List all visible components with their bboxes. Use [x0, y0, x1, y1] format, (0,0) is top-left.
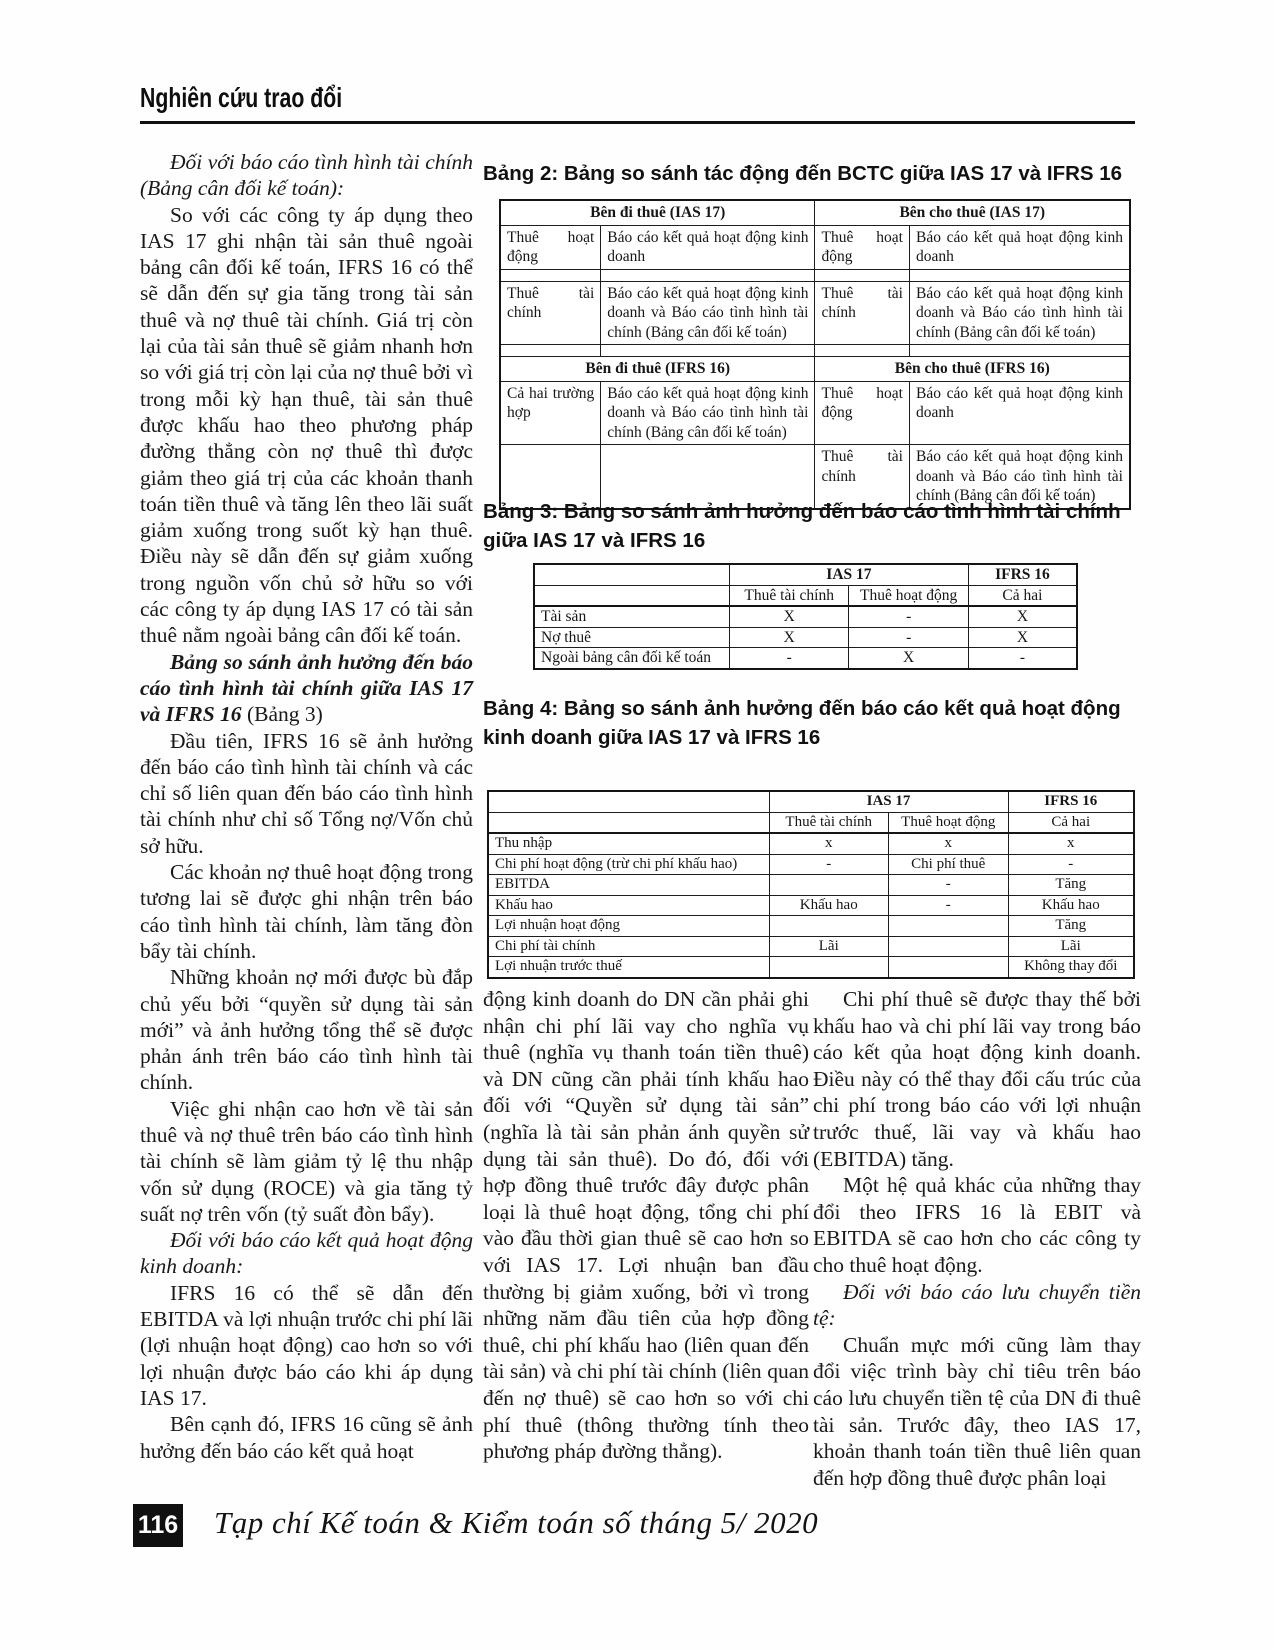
table-cell: Thuê hoạt động [815, 381, 910, 445]
table-cell: Thuê tài chính [729, 585, 848, 606]
table-cell [889, 936, 1009, 957]
table-cell: Cả hai [968, 585, 1077, 606]
table-cell: - [849, 627, 968, 648]
table-cell: EBITDA [488, 875, 769, 896]
paragraph: Chi phí thuê sẽ được thay thế bởi khấu h… [813, 986, 1141, 1172]
table-cell [488, 812, 769, 833]
table-cell: - [849, 606, 968, 627]
table-row: Khấu haoKhấu hao-Khấu hao [488, 895, 1134, 916]
table-cell: Báo cáo kết quả hoạt động kinh doanh và … [601, 281, 815, 345]
table-cell: IAS 17 [729, 564, 968, 585]
table4-title: Bảng 4: Bảng so sánh ảnh hưởng đến báo c… [483, 694, 1145, 752]
table-cell: Thuê tài chính [815, 281, 910, 345]
table-cell: Bên đi thuê (IAS 17) [500, 200, 815, 225]
table-cell: x [769, 833, 889, 854]
table-cell: Thuê hoạt động [889, 812, 1009, 833]
table-cell [769, 916, 889, 937]
table-cell: Tăng [1008, 916, 1134, 937]
table-cell: x [1008, 833, 1134, 854]
table-row: Bên đi thuê (IAS 17)Bên cho thuê (IAS 17… [500, 200, 1130, 225]
table2-title: Bảng 2: Bảng so sánh tác động đến BCTC g… [483, 160, 1145, 187]
table-cell: X [729, 606, 848, 627]
paragraph: Các khoản nợ thuê hoạt động trong tương … [140, 859, 473, 964]
table-cell: - [729, 648, 848, 669]
table-cell [909, 269, 1130, 281]
table-row: Lợi nhuận trước thuếKhông thay đổi [488, 957, 1134, 978]
table-cell: Cả hai [1008, 812, 1134, 833]
table-cell: IFRS 16 [1008, 791, 1134, 812]
table-4: IAS 17IFRS 16Thuê tài chínhThuê hoạt độn… [487, 790, 1135, 979]
table-cell [889, 916, 1009, 937]
table-row: Thuê tài chínhBáo cáo kết quả hoạt động … [500, 281, 1130, 345]
table-cell [769, 875, 889, 896]
table-cell: Thu nhập [488, 833, 769, 854]
table-cell: Bên cho thuê (IAS 17) [815, 200, 1130, 225]
table-cell [500, 269, 601, 281]
paragraph: IFRS 16 có thể sẽ dẫn đến EBITDA và lợi … [140, 1280, 473, 1411]
table-row [500, 345, 1130, 357]
table-cell: Chi phí hoạt động (trừ chi phí khấu hao) [488, 854, 769, 875]
table-cell: x [889, 833, 1009, 854]
table-cell: Khấu hao [488, 895, 769, 916]
table-cell [534, 564, 729, 585]
table-cell: Không thay đổi [1008, 957, 1134, 978]
table-cell: Tăng [1008, 875, 1134, 896]
paragraph: Đối với báo cáo lưu chuyển tiền tệ: [813, 1279, 1141, 1332]
table-3: IAS 17IFRS 16Thuê tài chínhThuê hoạt độn… [533, 563, 1078, 670]
table-cell: IAS 17 [769, 791, 1008, 812]
table-cell: Lợi nhuận hoạt động [488, 916, 769, 937]
table-cell: Báo cáo kết quả hoạt động kinh doanh và … [601, 381, 815, 445]
middle-text-column: động kinh doanh do DN cần phải ghi nhận … [483, 986, 809, 1465]
table-row: Thu nhậpxxx [488, 833, 1134, 854]
table-cell [601, 345, 815, 357]
table-cell: Chi phí tài chính [488, 936, 769, 957]
paragraph: Đối với báo cáo kết quả hoạt động kinh d… [140, 1227, 473, 1280]
table-cell: Thuê tài chính [500, 281, 601, 345]
table-cell: Khấu hao [769, 895, 889, 916]
table-cell: Tài sản [534, 606, 729, 627]
paragraph: Việc ghi nhận cao hơn về tài sản thuê và… [140, 1096, 473, 1227]
table-cell: Báo cáo kết quả hoạt động kinh doanh [909, 225, 1130, 269]
table-row: Chi phí tài chínhLãiLãi [488, 936, 1134, 957]
table-row [500, 269, 1130, 281]
table-row: Bên đi thuê (IFRS 16)Bên cho thuê (IFRS … [500, 357, 1130, 382]
left-text-column: Đối với báo cáo tình hình tài chính (Bản… [140, 149, 473, 1464]
table-cell: Thuê hoạt động [500, 225, 601, 269]
table-cell: Cả hai trường hợp [500, 381, 601, 445]
table-cell: - [1008, 854, 1134, 875]
table-cell: Báo cáo kết quả hoạt động kinh doanh [601, 225, 815, 269]
table-row: Chi phí hoạt động (trừ chi phí khấu hao)… [488, 854, 1134, 875]
table-cell: Báo cáo kết quả hoạt động kinh doanh [909, 381, 1130, 445]
table-row: Cả hai trường hợpBáo cáo kết quả hoạt độ… [500, 381, 1130, 445]
table-cell [889, 957, 1009, 978]
page-number-badge: 116 [133, 1504, 183, 1547]
table3-title: Bảng 3: Bảng so sánh ảnh hưởng đến báo c… [483, 497, 1145, 555]
table-cell [815, 269, 910, 281]
table-cell [534, 585, 729, 606]
paragraph: Một hệ quả khác của những thay đổi theo … [813, 1172, 1141, 1278]
table-row: Lợi nhuận hoạt độngTăng [488, 916, 1134, 937]
table-cell: X [968, 627, 1077, 648]
right-text-column: Chi phí thuê sẽ được thay thế bởi khấu h… [813, 986, 1141, 1491]
table-cell [601, 269, 815, 281]
table-row: EBITDA-Tăng [488, 875, 1134, 896]
table-cell: Bên cho thuê (IFRS 16) [815, 357, 1130, 382]
paragraph-suffix: (Bảng 3) [242, 702, 323, 726]
table-cell: Thuê hoạt động [849, 585, 968, 606]
table-cell: - [769, 854, 889, 875]
table-cell: X [849, 648, 968, 669]
table-cell: Ngoài bảng cân đối kế toán [534, 648, 729, 669]
paragraph: Chuẩn mực mới cũng làm thay đổi việc trì… [813, 1332, 1141, 1492]
table-cell: Báo cáo kết quả hoạt động kinh doanh và … [909, 281, 1130, 345]
table-cell: - [889, 875, 1009, 896]
table-cell: - [968, 648, 1077, 669]
table-cell: Nợ thuê [534, 627, 729, 648]
table-row: Tài sảnX-X [534, 606, 1077, 627]
table-cell: Lãi [1008, 936, 1134, 957]
table-row: IAS 17IFRS 16 [534, 564, 1077, 585]
table-row: Nợ thuêX-X [534, 627, 1077, 648]
table-cell [815, 345, 910, 357]
header-rule [140, 121, 1135, 124]
journal-page: Nghiên cứu trao đổi Đối với báo cáo tình… [0, 0, 1274, 1649]
journal-name: Tạp chí Kế toán & Kiểm toán số tháng 5/ … [214, 1505, 818, 1541]
paragraph: Những khoản nợ mới được bù đắp chủ yếu b… [140, 964, 473, 1095]
table-cell: Thuê tài chính [769, 812, 889, 833]
table-row: Ngoài bảng cân đối kế toán-X- [534, 648, 1077, 669]
table-cell: IFRS 16 [968, 564, 1077, 585]
section-title: Nghiên cứu trao đổi [140, 82, 342, 114]
table-cell: X [968, 606, 1077, 627]
table-cell: Chi phí thuê [889, 854, 1009, 875]
table-cell: Thuê hoạt động [815, 225, 910, 269]
table-cell: Lợi nhuận trước thuế [488, 957, 769, 978]
paragraph: động kinh doanh do DN cần phải ghi nhận … [483, 986, 809, 1465]
paragraph: Đối với báo cáo tình hình tài chính (Bản… [140, 149, 473, 202]
table-row: IAS 17IFRS 16 [488, 791, 1134, 812]
table-cell: X [729, 627, 848, 648]
table-2: Bên đi thuê (IAS 17)Bên cho thuê (IAS 17… [499, 199, 1131, 510]
table-cell: - [889, 895, 1009, 916]
table-row: Thuê tài chínhThuê hoạt độngCả hai [488, 812, 1134, 833]
table-cell: Lãi [769, 936, 889, 957]
paragraph: So với các công ty áp dụng theo IAS 17 g… [140, 202, 473, 649]
table-cell: Khấu hao [1008, 895, 1134, 916]
table-row: Thuê tài chínhThuê hoạt độngCả hai [534, 585, 1077, 606]
table-cell: Bên đi thuê (IFRS 16) [500, 357, 815, 382]
table-cell [500, 345, 601, 357]
paragraph: Bên cạnh đó, IFRS 16 cũng sẽ ảnh hưởng đ… [140, 1411, 473, 1464]
table-cell [488, 791, 769, 812]
table-row: Thuê hoạt độngBáo cáo kết quả hoạt động … [500, 225, 1130, 269]
table-cell [909, 345, 1130, 357]
paragraph: Đầu tiên, IFRS 16 sẽ ảnh hưởng đến báo c… [140, 728, 473, 859]
paragraph: Bảng so sánh ảnh hưởng đến báo cáo tình … [140, 649, 473, 728]
table-cell [769, 957, 889, 978]
